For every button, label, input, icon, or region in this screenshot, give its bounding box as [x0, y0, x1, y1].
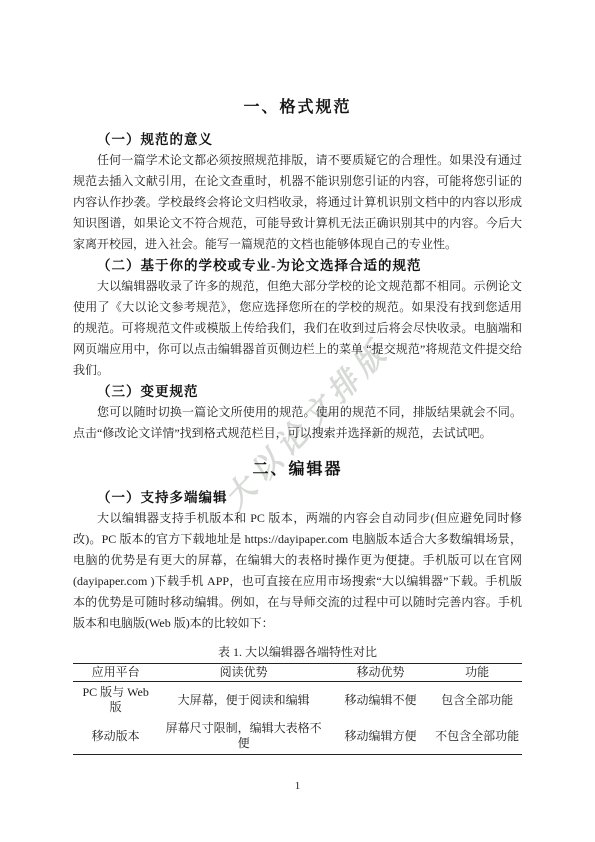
section-title-format-spec: 一、格式规范 — [73, 96, 522, 120]
page-content: 一、格式规范 （一）规范的意义 任何一篇学术论文都必须按照规范排版，请不要质疑它… — [73, 0, 522, 755]
table-header-feature: 功能 — [432, 664, 522, 682]
table-cell-feature-mobile: 不包含全部功能 — [432, 718, 522, 755]
paragraph-spec-meaning: 任何一篇学术论文都必须按照规范排版，请不要质疑它的合理性。如果没有通过规范去插入… — [73, 150, 522, 255]
document-page: 大以论文排版 一、格式规范 （一）规范的意义 任何一篇学术论文都必须按照规范排版… — [0, 0, 595, 842]
subheading-multi-device: （一）支持多端编辑 — [73, 489, 522, 507]
paragraph-change-spec: 您可以随时切换一篇论文所使用的规范。使用的规范不同，排版结果就会不同。点击“修改… — [73, 402, 522, 444]
subheading-spec-meaning: （一）规范的意义 — [73, 131, 522, 149]
subheading-choose-spec: （二）基于你的学校或专业-为论文选择合适的规范 — [73, 257, 522, 275]
table-cell-platform-mobile: 移动版本 — [73, 718, 158, 755]
table-cell-reading-mobile: 屏幕尺寸限制，编辑大表格不便 — [158, 718, 329, 755]
table-cell-mobile-mobile: 移动编辑方便 — [329, 718, 432, 755]
page-number: 1 — [0, 779, 595, 793]
table-row-pc-web: PC 版与 Web 版 大屏幕，便于阅读和编辑 移动编辑不便 包含全部功能 — [73, 682, 522, 719]
table-header-row: 应用平台 阅读优势 移动优势 功能 — [73, 664, 522, 682]
paragraph-multi-device: 大以编辑器支持手机版本和 PC 版本，两端的内容会自动同步(但应避免同时修改)。… — [73, 508, 522, 634]
subheading-change-spec: （三）变更规范 — [73, 383, 522, 401]
table-cell-platform-pc: PC 版与 Web 版 — [73, 682, 158, 719]
table-row-mobile: 移动版本 屏幕尺寸限制，编辑大表格不便 移动编辑方便 不包含全部功能 — [73, 718, 522, 755]
table-header-mobile: 移动优势 — [329, 664, 432, 682]
comparison-table: 应用平台 阅读优势 移动优势 功能 PC 版与 Web 版 大屏幕，便于阅读和编… — [73, 663, 522, 755]
table-caption: 表 1. 大以编辑器各端特性对比 — [73, 644, 522, 660]
table-header-platform: 应用平台 — [73, 664, 158, 682]
table-cell-feature-pc: 包含全部功能 — [432, 682, 522, 719]
paragraph-choose-spec: 大以编辑器收录了许多的规范，但绝大部分学校的论文规范都不相同。示例论文使用了《大… — [73, 276, 522, 381]
table-cell-mobile-pc: 移动编辑不便 — [329, 682, 432, 719]
table-header-reading: 阅读优势 — [158, 664, 329, 682]
table-cell-reading-pc: 大屏幕，便于阅读和编辑 — [158, 682, 329, 719]
section-title-editor: 二、编辑器 — [73, 458, 522, 482]
